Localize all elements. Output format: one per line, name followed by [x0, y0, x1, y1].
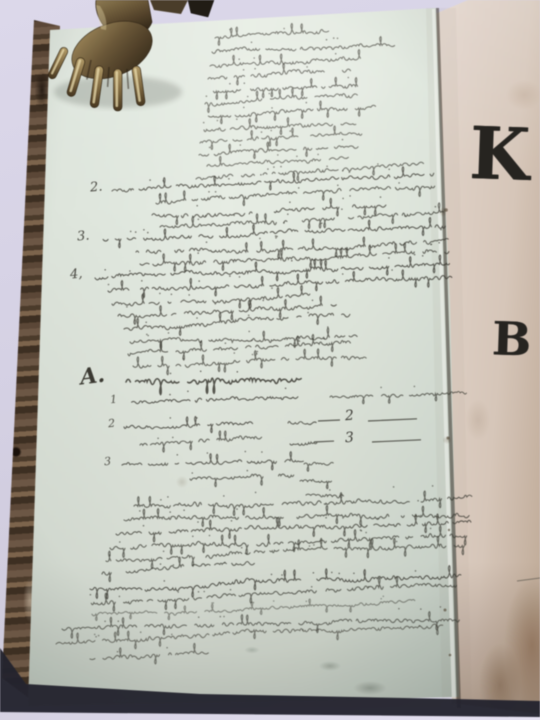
- list-item-number: 2: [108, 418, 116, 430]
- section-heading-letter: A.: [79, 364, 106, 389]
- column-value: 2: [345, 409, 355, 424]
- column-value: 3: [345, 431, 355, 446]
- blackletter-initial-k: K: [468, 117, 530, 191]
- list-item-number: 3: [104, 456, 112, 468]
- page-clip: [188, 0, 214, 17]
- margin-item-number: 3.: [76, 229, 89, 243]
- margin-item-number: 2.: [89, 180, 102, 194]
- photo-of-open-book: K B 2. 3. 4, A. 1 2 3 2 3: [0, 0, 540, 720]
- hand-cuff: [150, 0, 188, 14]
- list-item-number: 1: [110, 394, 118, 406]
- blackletter-initial-b: B: [491, 315, 531, 362]
- margin-item-number: 4,: [69, 267, 82, 281]
